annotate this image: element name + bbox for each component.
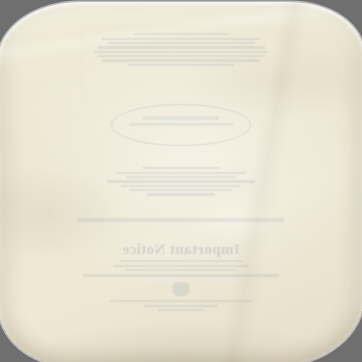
important-notice-heading: Important Notice bbox=[68, 242, 294, 258]
show-through-print-layer: Important Notice bbox=[0, 2, 362, 362]
paper-creases bbox=[0, 2, 362, 362]
middle-paragraph-showthrough bbox=[95, 165, 267, 196]
middle-wide-line-showthrough bbox=[78, 218, 284, 222]
top-showthrough-frame bbox=[81, 26, 281, 102]
record-label-logo-showthrough bbox=[173, 282, 190, 296]
record-inner-sleeve: Important Notice bbox=[0, 2, 362, 362]
important-notice-text-lines bbox=[96, 260, 266, 271]
oval-stamp-showthrough bbox=[111, 104, 251, 146]
footer-text-lines-showthrough bbox=[100, 298, 262, 311]
photo-background: Important Notice bbox=[0, 0, 362, 362]
important-notice-block: Important Notice bbox=[68, 242, 294, 277]
top-showthrough-text-lines bbox=[88, 31, 274, 66]
important-notice-wide-line bbox=[83, 274, 279, 277]
